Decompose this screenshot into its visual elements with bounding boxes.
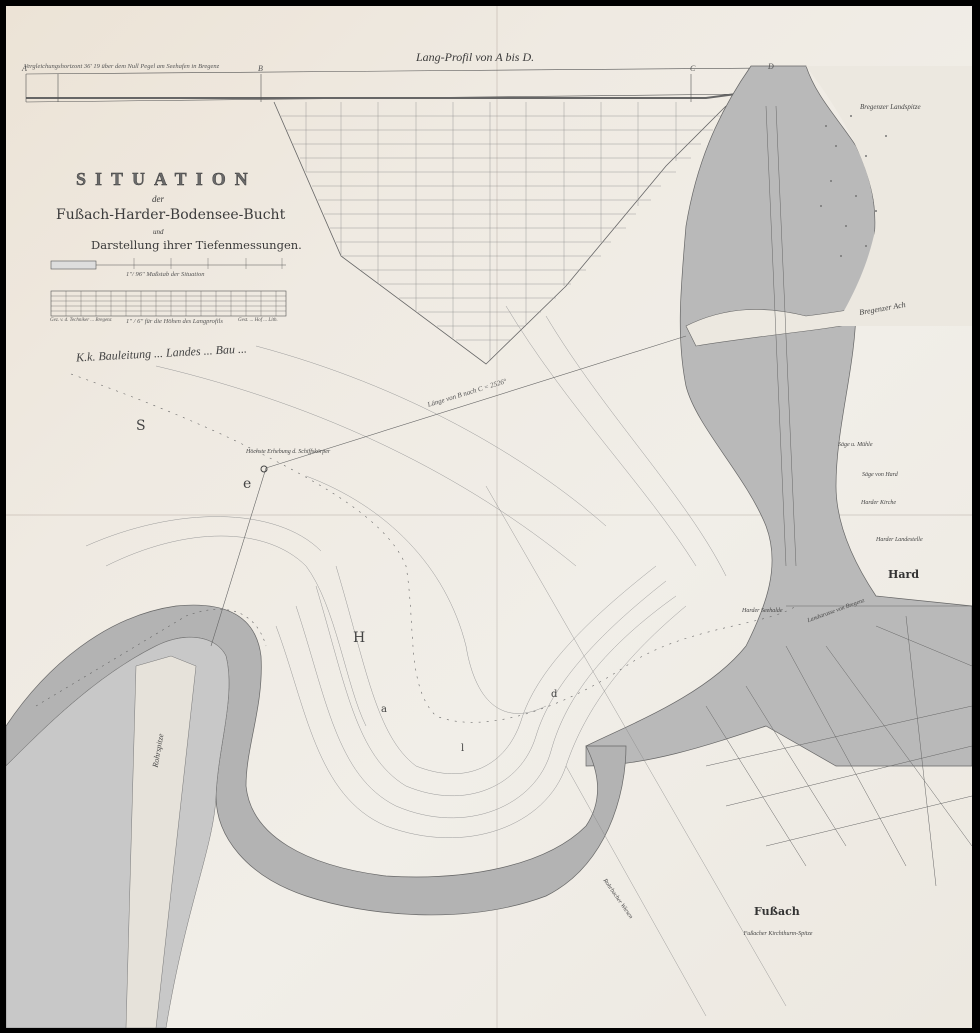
profile-point-b: B <box>258 64 263 73</box>
label-fussach: Fußach <box>754 905 800 918</box>
label-saege: Säge von Hard <box>862 472 898 478</box>
profile-point-d: D <box>768 62 774 71</box>
scale-bar-2-right-note: Gest. ... Hof ... Lith. <box>238 318 278 323</box>
observation-point-marker <box>261 466 267 472</box>
lake-letter-s: S <box>136 418 146 434</box>
lake-letter-l: l <box>461 743 464 754</box>
scale-bar-2-left-note: Gez. v. d. Techniker ... Bregenz <box>50 318 112 323</box>
map-subtitle: Fußach-Harder-Bodensee-Bucht <box>56 207 285 223</box>
label-fussacher-kirchthurm: Fußacher Kirchthurm-Spitze <box>738 931 818 937</box>
map-drawing <box>6 6 972 1028</box>
profile-point-c: C <box>690 64 695 73</box>
label-harder-landestelle: Harder Landestelle <box>876 537 923 543</box>
label-hard: Hard <box>888 568 919 581</box>
east-shore-land <box>586 66 972 886</box>
scale-bars <box>51 258 286 316</box>
profile-point-a: A <box>22 64 27 73</box>
profile-note: Vergleichungshorizont 36' 19 über dem Nu… <box>24 63 219 70</box>
title-connector-der: der <box>152 194 164 204</box>
map-title: SITUATION <box>76 169 257 190</box>
label-bregenzer-landspitze: Bregenzer Landspitze <box>860 103 921 111</box>
scale-bar-1-label: 1''/ 96'' Maßstab der Situation <box>126 271 205 278</box>
label-harder-kirche: Harder Kirche <box>861 500 896 506</box>
label-harder-seehalde: Harder Seehalde <box>742 608 783 614</box>
scale-bar-2-label: 1'' / 6'' für die Höhen des Langprofils <box>126 318 223 325</box>
lake-letter-a: a <box>381 704 387 715</box>
west-shore-land <box>6 605 626 1028</box>
title-connector-und: und <box>153 228 164 236</box>
lake-letter-h: H <box>353 630 365 646</box>
lake-letter-d: d <box>551 689 557 700</box>
lake-letter-e: e <box>243 476 251 492</box>
profile-title: Lang-Profil von A bis D. <box>416 50 534 65</box>
label-muehle: Säge u. Mühle <box>838 442 873 448</box>
label-observation-point: Höchste Erhebung d. Schiffskörper <box>246 449 330 455</box>
map-sheet: SITUATION der Fußach-Harder-Bodensee-Buc… <box>6 6 972 1028</box>
map-description: Darstellung ihrer Tiefenmessungen. <box>91 238 302 252</box>
